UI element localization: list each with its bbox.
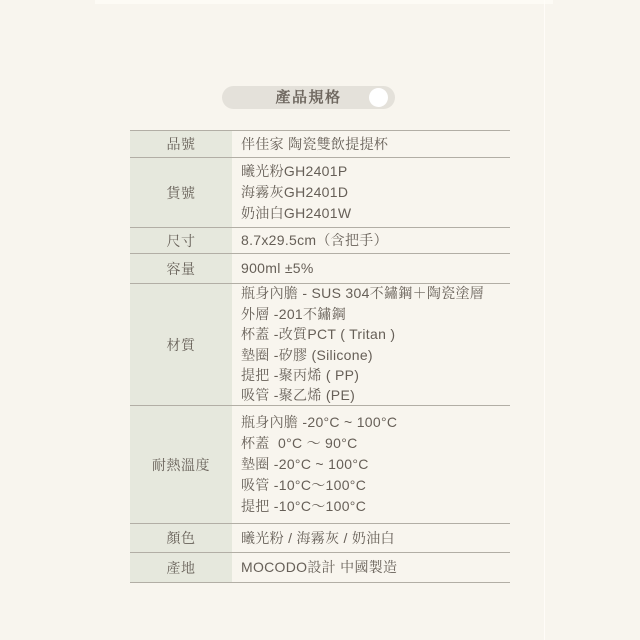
row-label: 尺寸: [130, 228, 232, 253]
value-line: 海霧灰GH2401D: [241, 182, 510, 203]
value-line: 杯蓋 0°C ～ 90°C: [241, 433, 510, 454]
value-line: 瓶身內膽 - SUS 304不鏽鋼＋陶瓷塗層: [241, 283, 510, 303]
section-title: 產品規格: [275, 86, 341, 109]
value-line: 奶油白GH2401W: [241, 203, 510, 224]
value-line: 900ml ±5%: [241, 258, 510, 279]
row-value: 伴佳家 陶瓷雙飲提提杯: [232, 131, 510, 157]
row-value: 900ml ±5%: [232, 254, 510, 283]
row-label: 貨號: [130, 158, 232, 227]
value-line: 杯蓋 -改質PCT ( Tritan ): [241, 324, 510, 344]
value-line: 曦光粉GH2401P: [241, 161, 510, 182]
value-line: MOCODO設計 中國製造: [241, 557, 510, 578]
table-row-color: 顏色 曦光粉 / 海霧灰 / 奶油白: [130, 523, 510, 552]
pill-dot-icon: [369, 88, 388, 107]
value-line: 吸管 -聚乙烯 (PE): [241, 385, 510, 405]
value-line: 墊圈 -矽膠 (Silicone): [241, 345, 510, 365]
top-card-edge: [95, 0, 553, 4]
row-value: 瓶身內膽 - SUS 304不鏽鋼＋陶瓷塗層 外層 -201不鏽鋼 杯蓋 -改質…: [232, 284, 510, 405]
table-row-capacity: 容量 900ml ±5%: [130, 253, 510, 283]
background-seam: [544, 0, 545, 640]
row-value: 曦光粉GH2401P 海霧灰GH2401D 奶油白GH2401W: [232, 158, 510, 227]
value-line: 吸管 -10°C～100°C: [241, 475, 510, 496]
spec-table: 品號 伴佳家 陶瓷雙飲提提杯 貨號 曦光粉GH2401P 海霧灰GH2401D …: [130, 130, 510, 583]
table-row-size: 尺寸 8.7x29.5cm（含把手）: [130, 227, 510, 253]
row-value: 瓶身內膽 -20°C ~ 100°C 杯蓋 0°C ～ 90°C 墊圈 -20°…: [232, 406, 510, 523]
value-line: 瓶身內膽 -20°C ~ 100°C: [241, 412, 510, 433]
row-label: 材質: [130, 284, 232, 405]
table-row-material: 材質 瓶身內膽 - SUS 304不鏽鋼＋陶瓷塗層 外層 -201不鏽鋼 杯蓋 …: [130, 283, 510, 405]
table-row-item-number: 貨號 曦光粉GH2401P 海霧灰GH2401D 奶油白GH2401W: [130, 157, 510, 227]
row-label: 品號: [130, 131, 232, 157]
value-line: 曦光粉 / 海霧灰 / 奶油白: [241, 528, 510, 549]
row-value: 曦光粉 / 海霧灰 / 奶油白: [232, 524, 510, 552]
row-label: 顏色: [130, 524, 232, 552]
value-line: 提把 -10°C～100°C: [241, 496, 510, 517]
value-line: 墊圈 -20°C ~ 100°C: [241, 454, 510, 475]
section-title-pill: 產品規格: [222, 86, 395, 109]
value-line: 伴佳家 陶瓷雙飲提提杯: [241, 134, 510, 155]
table-row-origin: 產地 MOCODO設計 中國製造: [130, 552, 510, 582]
table-row-product-name: 品號 伴佳家 陶瓷雙飲提提杯: [130, 130, 510, 157]
value-line: 提把 -聚丙烯 ( PP): [241, 365, 510, 385]
row-value: 8.7x29.5cm（含把手）: [232, 228, 510, 253]
row-value: MOCODO設計 中國製造: [232, 553, 510, 582]
value-line: 外層 -201不鏽鋼: [241, 304, 510, 324]
row-label: 容量: [130, 254, 232, 283]
row-label: 耐熱溫度: [130, 406, 232, 523]
row-label: 產地: [130, 553, 232, 582]
value-line: 8.7x29.5cm（含把手）: [241, 230, 510, 251]
table-row-heat-resistance: 耐熱溫度 瓶身內膽 -20°C ~ 100°C 杯蓋 0°C ～ 90°C 墊圈…: [130, 405, 510, 523]
